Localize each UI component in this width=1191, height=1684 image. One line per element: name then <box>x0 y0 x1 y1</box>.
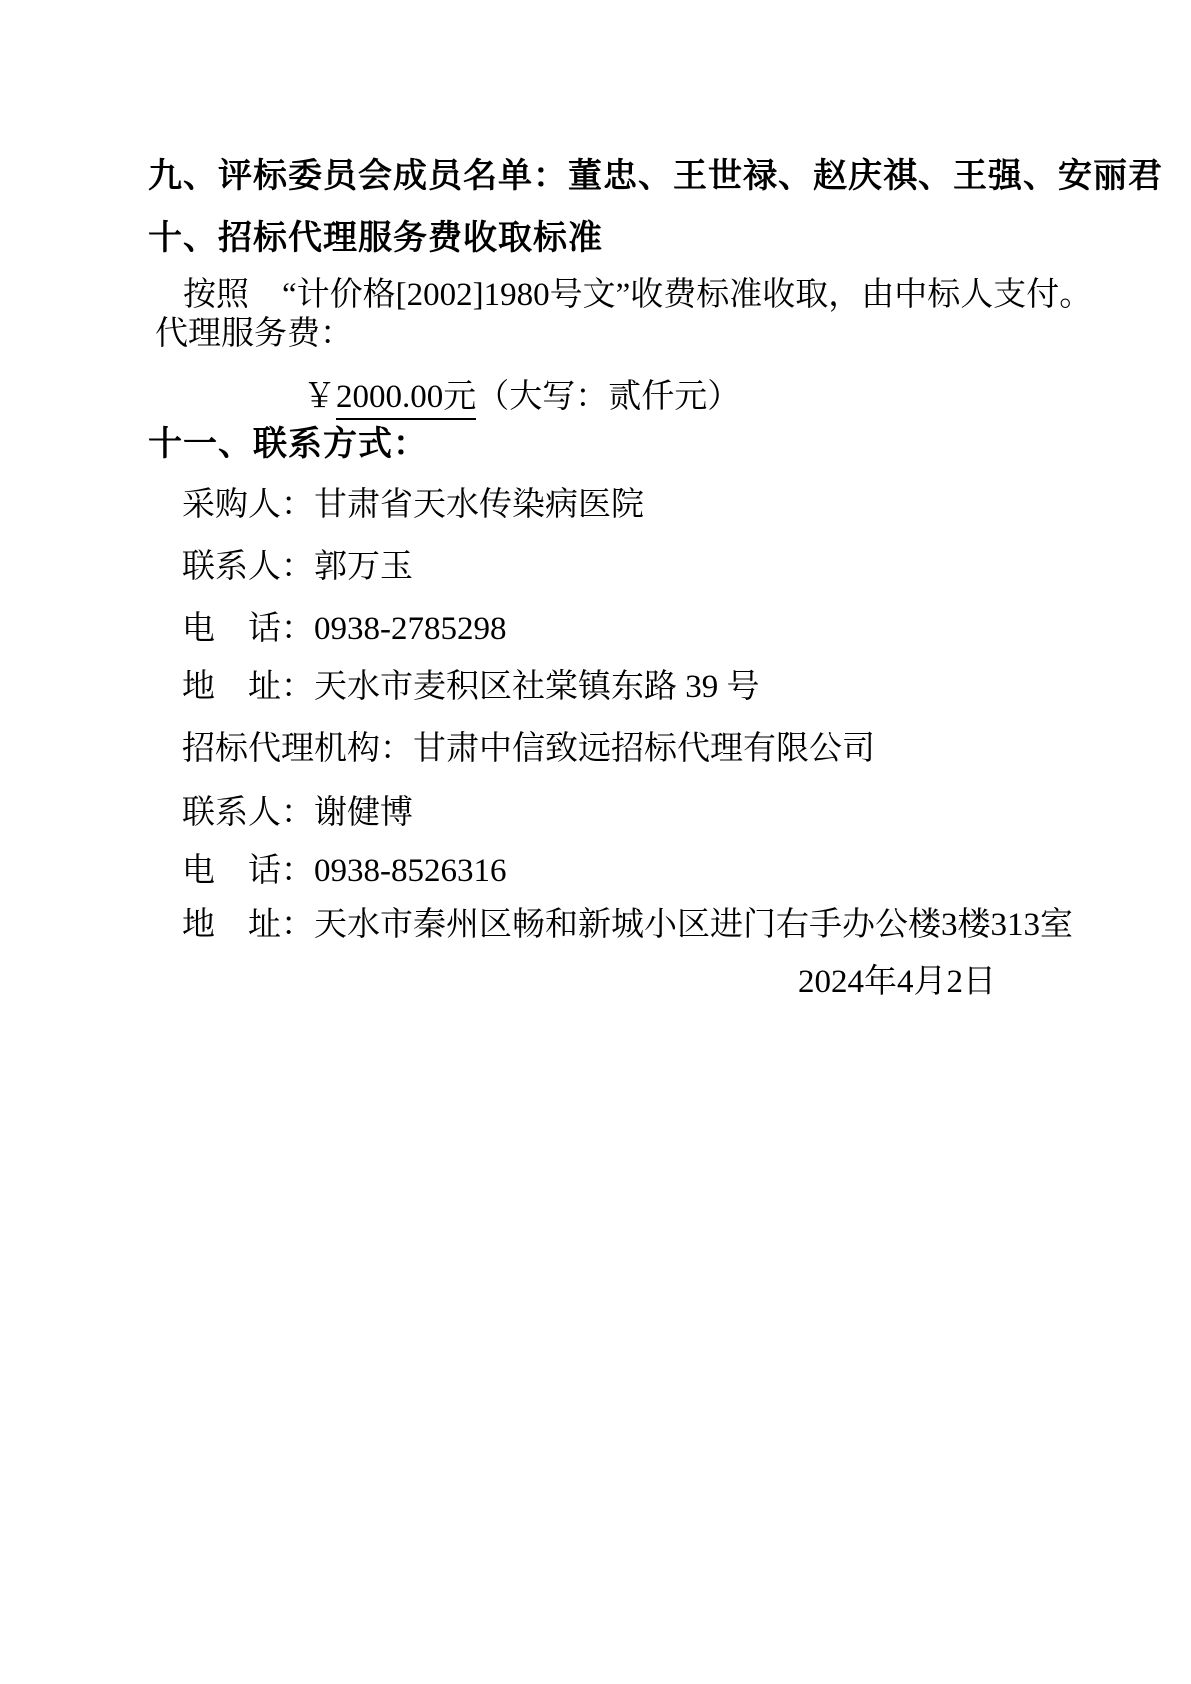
currency-symbol: ￥ <box>303 379 336 415</box>
fee-amount-underlined: 2000.00元 <box>336 379 476 420</box>
purchaser-line: 采购人：甘肃省天水传染病医院 <box>182 486 644 526</box>
purchaser-phone-line: 电 话：0938-2785298 <box>182 610 507 650</box>
fee-amount-capitals: （大写：贰仟元） <box>476 379 740 415</box>
section-10-heading: 十、招标代理服务费收取标准 <box>148 218 603 259</box>
agency-line: 招标代理机构：甘肃中信致远招标代理有限公司 <box>182 730 875 770</box>
section-11-heading: 十一、联系方式： <box>148 424 428 465</box>
document-date: 2024年4月2日 <box>798 963 996 1003</box>
purchaser-contact-line: 联系人：郭万玉 <box>182 548 413 588</box>
section-9-heading: 九、评标委员会成员名单：董忠、王世禄、赵庆祺、王强、安丽君 <box>148 156 1163 197</box>
document-page: 九、评标委员会成员名单：董忠、王世禄、赵庆祺、王强、安丽君 十、招标代理服务费收… <box>0 0 1191 1684</box>
fee-paragraph-line-2: 代理服务费： <box>155 315 353 355</box>
fee-paragraph-line-1: 按照 “计价格[2002]1980号文”收费标准收取，由中标人支付。 <box>183 276 1092 316</box>
agency-contact-line: 联系人：谢健博 <box>182 794 413 834</box>
agency-address-line: 地 址：天水市秦州区畅和新城小区进门右手办公楼3楼313室 <box>182 906 1073 946</box>
purchaser-address-line: 地 址：天水市麦积区社棠镇东路 39 号 <box>182 668 760 708</box>
fee-amount-line: ￥2000.00元（大写：贰仟元） <box>303 378 740 418</box>
agency-phone-line: 电 话：0938-8526316 <box>182 852 507 892</box>
